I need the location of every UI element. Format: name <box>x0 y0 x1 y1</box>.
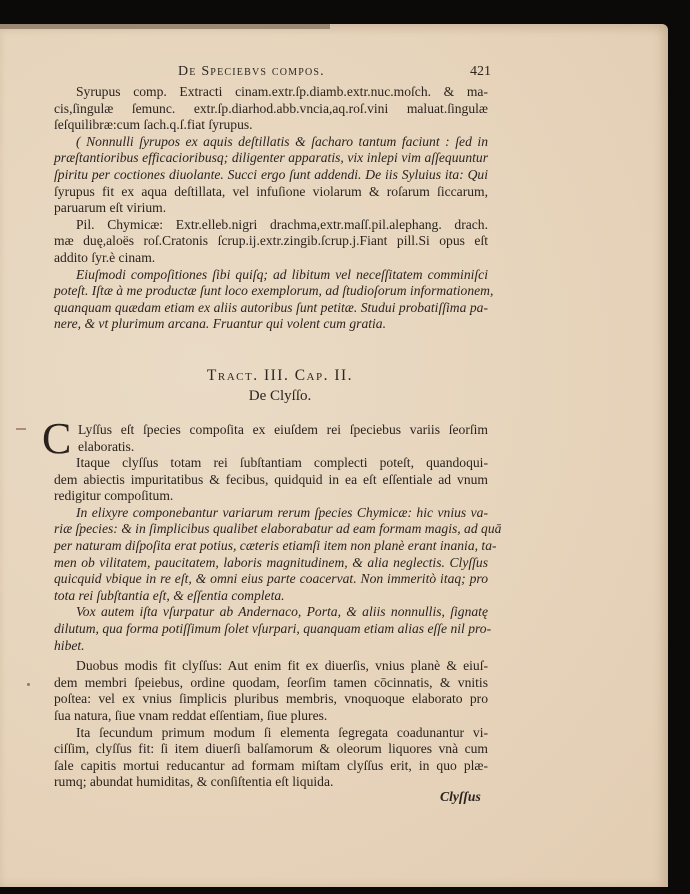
page-number: 421 <box>470 64 491 80</box>
text-line: quicquid vbique in re eſt, & omni eius p… <box>54 571 488 588</box>
text-line: Eiuſmodi compoſitiones ſibi quiſq; ad li… <box>54 267 488 284</box>
text-line: cis,ſingulæ ſemunc. extr.ſp.diarhod.abb.… <box>54 101 488 118</box>
text-line: ciſſim, clyſſus fit: ſi item diuerſi bal… <box>54 741 488 758</box>
text-line: ( Nonnulli ſyrupos ex aquis deſtillatis … <box>54 134 488 151</box>
running-head: De Speciebvs compos. 421 <box>0 64 668 82</box>
chapter-body: Itaque clyſſus totam rei ſubſtantiam com… <box>54 455 488 791</box>
text-line: Lyſſus eſt ſpecies compoſita ex eiuſdem … <box>78 422 488 439</box>
text-line: Syrupus comp. Extracti cinam.extr.ſp.dia… <box>54 84 488 101</box>
text-line: quanquam quædam etiam ex aliis autoribus… <box>54 300 488 317</box>
text-line: ſyrupus fit ex aqua deſtillata, vel infu… <box>54 184 488 201</box>
book-page: De Speciebvs compos. 421 Syrupus comp. E… <box>0 24 668 887</box>
catchword: Clyſſus <box>440 789 481 805</box>
text-line: Itaque clyſſus totam rei ſubſtantiam com… <box>54 455 488 472</box>
text-line: redigitur compoſitum. <box>54 488 488 505</box>
drop-cap: C <box>42 419 71 459</box>
text-line: riæ ſpecies: & in ſimplicibus qualibet e… <box>54 521 488 538</box>
text-line: per naturam diſpoſita erat potius, cæter… <box>54 538 488 555</box>
text-line: In elixyre componebantur variarum rerum … <box>54 505 488 522</box>
text-line: Vox autem iſta vſurpatur ab Andernaco, P… <box>54 604 488 621</box>
text-line: ſua natura, ſiue vnam reddat eſſentiam, … <box>54 708 488 725</box>
running-title: De Speciebvs compos. <box>178 64 325 80</box>
text-line: poteſt. Iſtæ à me productæ ſunt loco exe… <box>54 283 488 300</box>
text-line: paruarum eſt virium. <box>54 200 488 217</box>
recipe-block: Syrupus comp. Extracti cinam.extr.ſp.dia… <box>54 84 488 333</box>
text-line: Ita ſecundum primum modum ſi elementa ſe… <box>54 725 488 742</box>
text-line: ſale capitis mortui reducantur ad formam… <box>54 758 488 775</box>
text-line: elaboratis. <box>78 439 488 456</box>
text-line: poſtea: vel ex vnius ſimplicis pluribus … <box>54 691 488 708</box>
text-line: men ob vilitatem, paucitatem, laboris ma… <box>54 555 488 572</box>
text-line: tota rei ſubſtantia eſt, & eſſentia comp… <box>54 588 488 605</box>
text-line: hibet. <box>54 638 488 655</box>
text-line: præſtantioribus efficacioribusq; diligen… <box>54 150 488 167</box>
text-line: rumq; abundat humiditas, & conſiſtentia … <box>54 774 488 791</box>
chapter-opening: Lyſſus eſt ſpecies compoſita ex eiuſdem … <box>78 422 488 455</box>
text-line: ſeſquilibræ:cum ſach.q.ſ.fiat ſyrupus. <box>54 117 488 134</box>
text-line: dem membri ſpeiebus, ordine quodam, ſeor… <box>54 675 488 692</box>
margin-mark <box>16 428 26 430</box>
text-line: nere, & vt plurimum arcana. Fruantur qui… <box>54 316 488 333</box>
text-line: mæ duę,aloës roſ.Cratonis ſcrup.ij.extr.… <box>54 233 488 250</box>
text-line: dem abiectis impuritatibus & fecibus, qu… <box>54 472 488 489</box>
text-line: Duobus modis fit clyſſus: Aut enim fit e… <box>54 658 488 675</box>
margin-spot <box>27 683 30 686</box>
text-line: Pil. Chymicæ: Extr.elleb.nigri drachma,e… <box>54 217 488 234</box>
text-line: ſpiritu per coctiones diuolante. Succi e… <box>54 167 488 184</box>
chapter-title: De Clyſſo. <box>0 388 560 405</box>
chapter-heading: Tract. III. Cap. II. <box>0 367 560 385</box>
text-line: addito ſyr.è cinam. <box>54 250 488 267</box>
text-line: dilutum, qua forma potiſſimum ſolet vſur… <box>54 621 488 638</box>
